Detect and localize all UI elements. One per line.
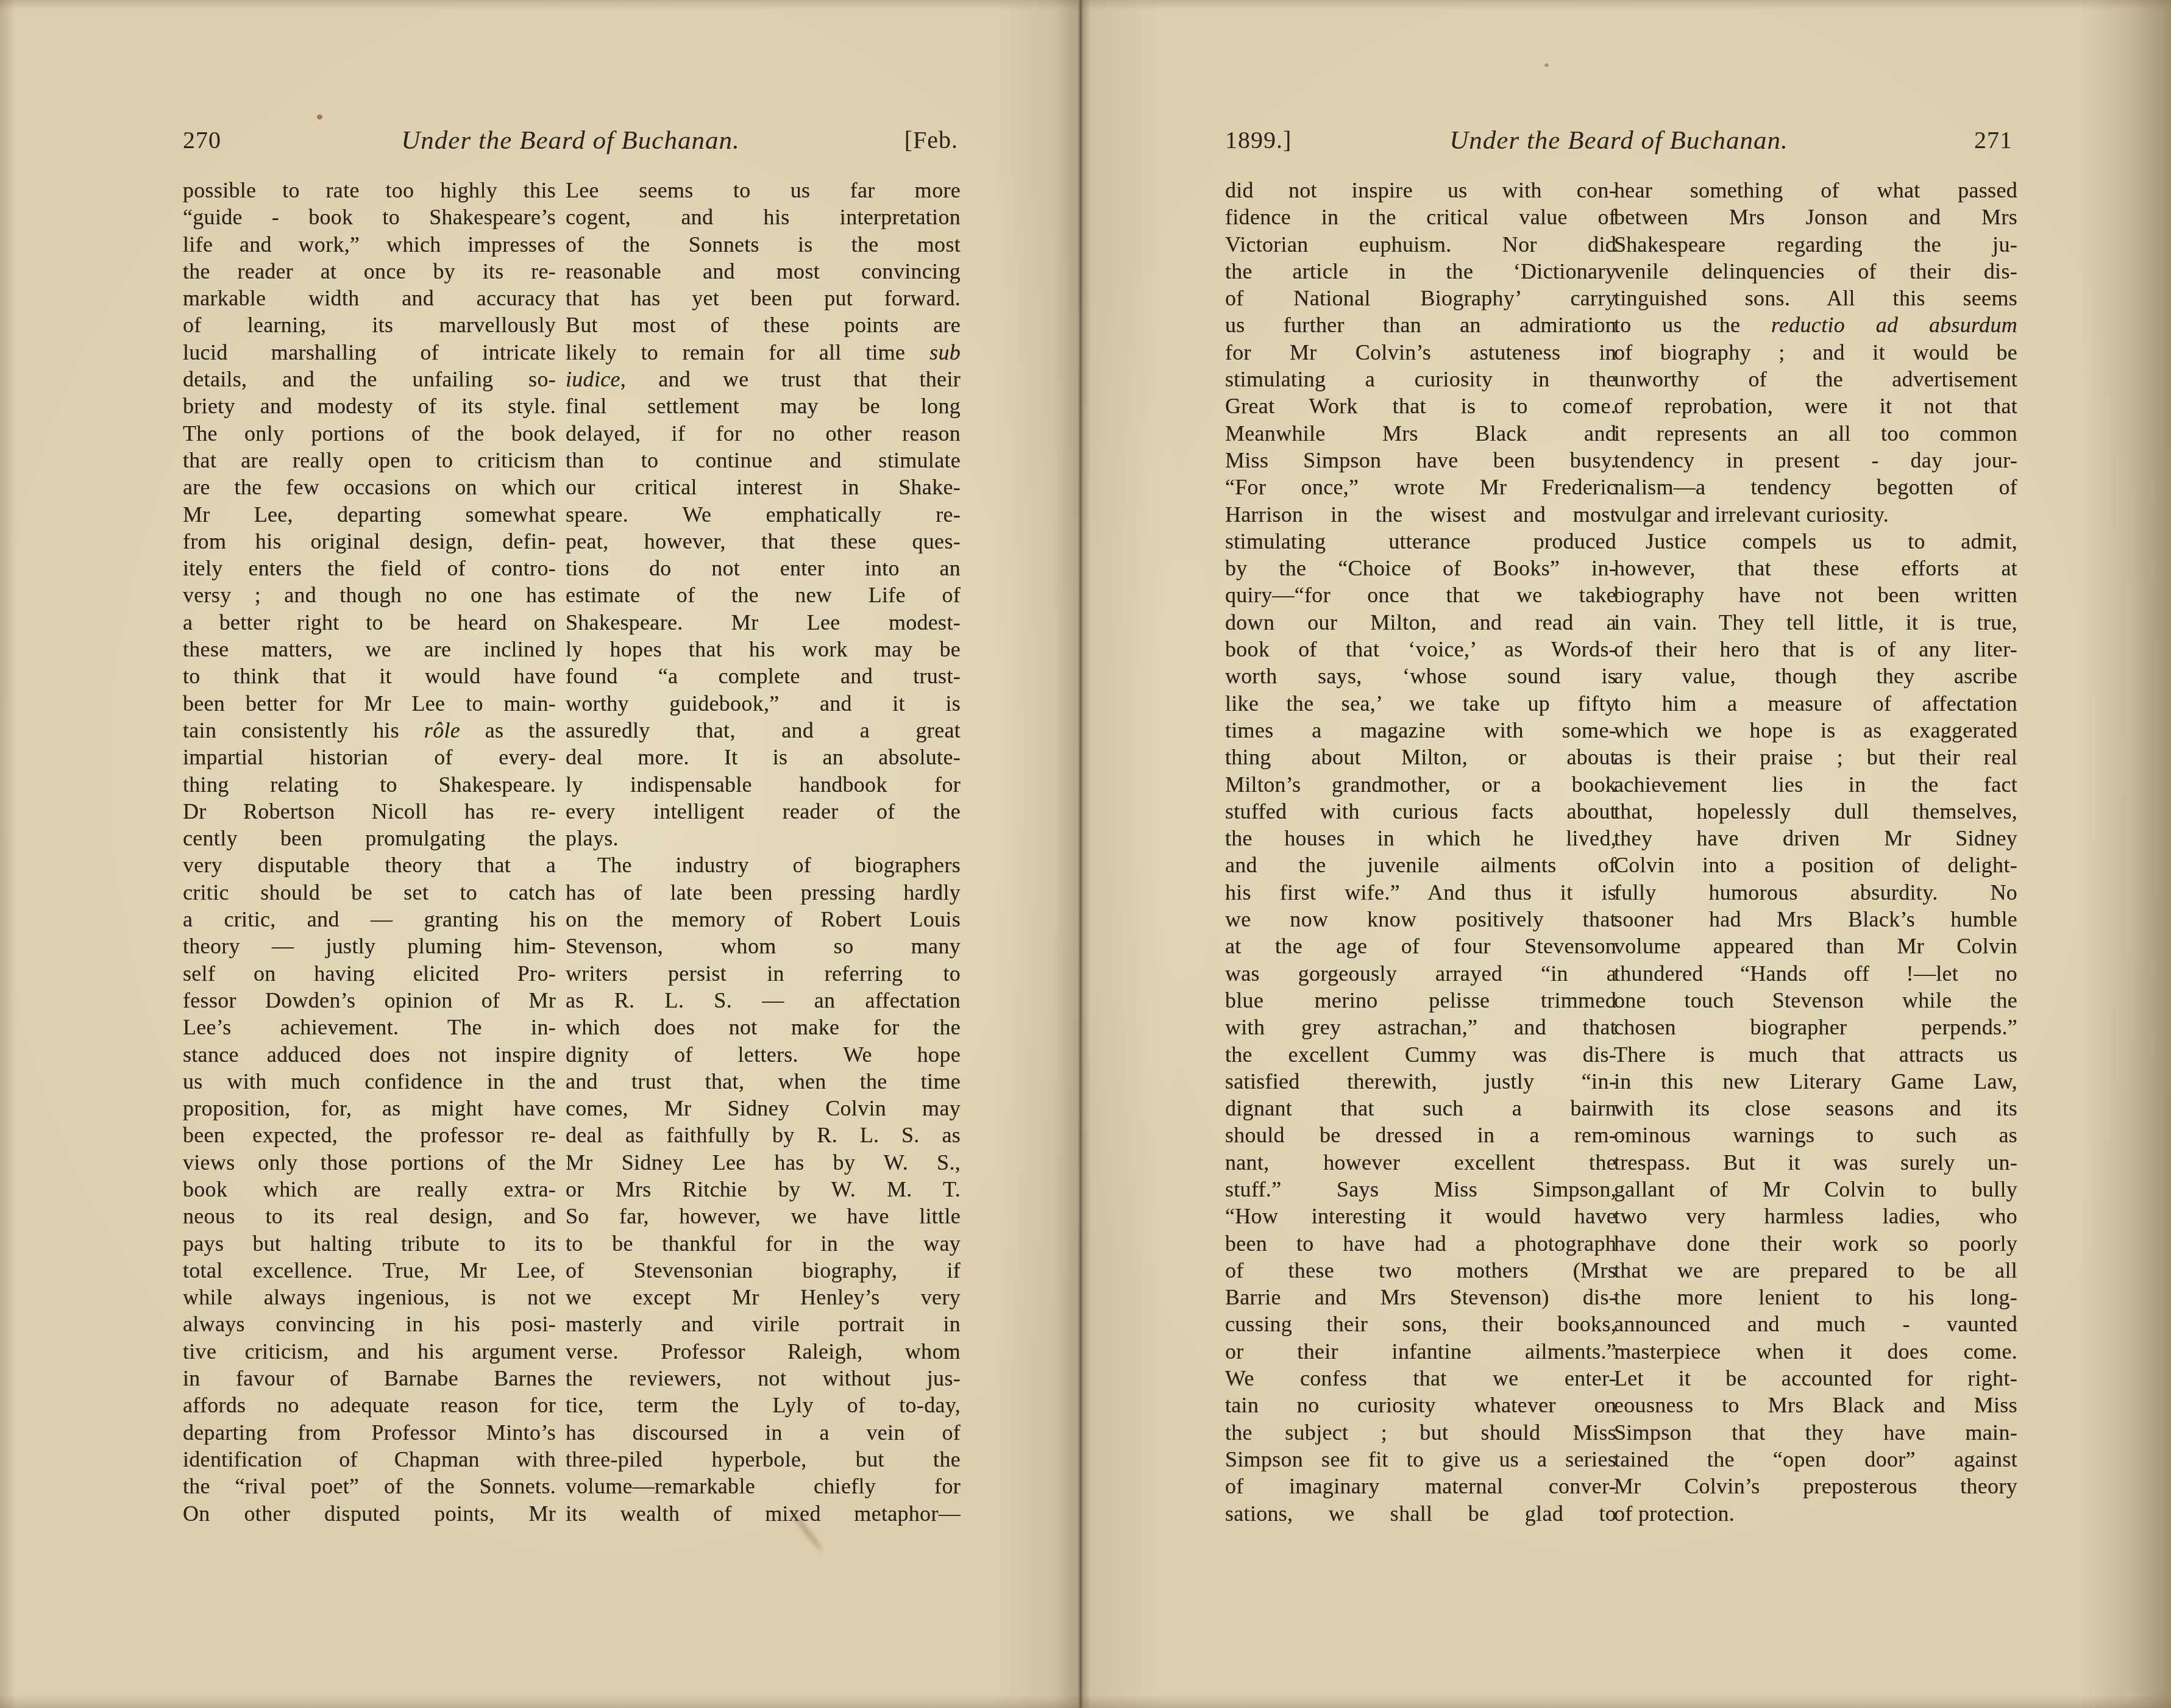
text-line: of imaginary maternal conver-	[1225, 1473, 1616, 1500]
text-line: should be dressed in a rem-	[1225, 1122, 1616, 1148]
text-line: the excellent Cummy was dis-	[1225, 1041, 1616, 1068]
text-line: iudice, and we trust that their	[566, 366, 961, 393]
text-line: peat, however, that these ques-	[566, 528, 961, 555]
text-line: details, and the unfailing so-	[183, 366, 556, 393]
text-line: impartial historian of every-	[183, 744, 556, 770]
text-line: lucid marshalling of intricate	[183, 339, 556, 366]
text-line: to him a measure of affectation	[1614, 690, 2017, 717]
text-line: deal as faithfully by R. L. S. as	[566, 1122, 961, 1148]
text-line: two very harmless ladies, who	[1614, 1203, 2017, 1229]
page-edge-top-shadow	[0, 0, 2171, 10]
text-line: versy ; and though no one has	[183, 582, 556, 608]
text-line: or their infantine ailments.”	[1225, 1338, 1616, 1365]
text-line: tinguished sons. All this seems	[1614, 285, 2017, 311]
left-page-column-2: Lee seems to us far morecogent, and his …	[566, 177, 961, 1527]
text-line: theory — justly pluming him-	[183, 933, 556, 959]
text-line: and trust that, when the time	[566, 1068, 961, 1095]
text-line: plays.	[566, 825, 961, 852]
text-line: nalism—a tendency begotten of	[1614, 474, 2017, 500]
text-line: There is much that attracts us	[1614, 1041, 2017, 1068]
right-running-title: Under the Beard of Buchanan.	[1225, 126, 2013, 155]
text-line: are the few occasions on which	[183, 474, 556, 500]
text-line: sooner had Mrs Black’s humble	[1614, 906, 2017, 933]
text-line: We confess that we enter-	[1225, 1365, 1616, 1392]
text-line: likely to remain for all time sub	[566, 339, 961, 366]
text-line: departing from Professor Minto’s	[183, 1419, 556, 1446]
text-line: fidence in the critical value of	[1225, 204, 1616, 230]
text-line: Justice compels us to admit,	[1614, 528, 2017, 555]
text-line: have done their work so poorly	[1614, 1230, 2017, 1257]
text-line: briety and modesty of its style.	[183, 393, 556, 419]
text-line: as is their praise ; but their real	[1614, 744, 2017, 770]
text-line: has discoursed in a vein of	[566, 1419, 961, 1446]
text-line: “How interesting it would have	[1225, 1203, 1616, 1229]
text-line: that we are prepared to be all	[1614, 1257, 2017, 1284]
text-line: while always ingenious, is not	[183, 1284, 556, 1311]
text-line: a better right to be heard on	[183, 609, 556, 636]
text-line: Milton’s grandmother, or a book	[1225, 771, 1616, 798]
text-line: Miss Simpson have been busy.	[1225, 447, 1616, 474]
text-line: like the sea,’ we take up fifty	[1225, 690, 1616, 717]
left-running-title: Under the Beard of Buchanan.	[183, 126, 958, 155]
text-line: Simpson see fit to give us a series	[1225, 1446, 1616, 1473]
text-line: in vain. They tell little, it is true,	[1614, 609, 2017, 636]
text-line: tain no curiosity whatever on	[1225, 1392, 1616, 1418]
right-page-column-1: did not inspire us with con-fidence in t…	[1225, 177, 1616, 1527]
text-line: stimulating a curiosity in the	[1225, 366, 1616, 393]
text-line: of reprobation, were it not that	[1614, 393, 2017, 419]
text-line: final settlement may be long	[566, 393, 961, 419]
text-line: the reviewers, not without jus-	[566, 1365, 961, 1392]
text-line: or Mrs Ritchie by W. M. T.	[566, 1176, 961, 1203]
text-line: on the memory of Robert Louis	[566, 906, 961, 933]
text-line: always convincing in his posi-	[183, 1311, 556, 1337]
text-line: The industry of biographers	[566, 852, 961, 878]
text-line: us with much confidence in the	[183, 1068, 556, 1095]
text-line: which does not make for the	[566, 1014, 961, 1041]
text-line: neous to its real design, and	[183, 1203, 556, 1229]
text-line: however, that these efforts at	[1614, 555, 2017, 582]
text-line: they have driven Mr Sidney	[1614, 825, 2017, 852]
text-line: the houses in which he lived,	[1225, 825, 1616, 852]
text-line: deal more. It is an absolute-	[566, 744, 961, 770]
text-line: critic should be set to catch	[183, 879, 556, 906]
text-line: been better for Mr Lee to main-	[183, 690, 556, 717]
left-page-column-1: possible to rate too highly this“guide -…	[183, 177, 556, 1527]
text-line: pays but halting tribute to its	[183, 1230, 556, 1257]
text-line: to us the reductio ad absurdum	[1614, 311, 2017, 338]
page-edge-bottom-shadow	[0, 1695, 2171, 1708]
text-line: assuredly that, and a great	[566, 717, 961, 744]
text-line: chosen biographer perpends.”	[1614, 1014, 2017, 1041]
text-line: one touch Stevenson while the	[1614, 987, 2017, 1014]
text-line: down our Milton, and read a	[1225, 609, 1616, 636]
text-line: our critical interest in Shake-	[566, 474, 961, 500]
text-line: worth says, ‘whose sound is	[1225, 663, 1616, 689]
text-line: achievement lies in the fact	[1614, 771, 2017, 798]
text-line: Shakespeare regarding the ju-	[1614, 231, 2017, 258]
text-line: tained the “open door” against	[1614, 1446, 2017, 1473]
text-line: Shakespeare. Mr Lee modest-	[566, 609, 961, 636]
text-line: the article in the ‘Dictionary	[1225, 258, 1616, 285]
text-line: blue merino pelisse trimmed	[1225, 987, 1616, 1014]
right-date-label: 1899.]	[1225, 126, 1292, 154]
text-line: book which are really extra-	[183, 1176, 556, 1203]
text-line: So far, however, we have little	[566, 1203, 961, 1229]
text-line: Mr Colvin’s preposterous theory	[1614, 1473, 2017, 1500]
text-line: markable width and accuracy	[183, 285, 556, 311]
text-line: ly hopes that his work may be	[566, 636, 961, 663]
text-line: Harrison in the wisest and most	[1225, 501, 1616, 528]
text-line: volume appeared than Mr Colvin	[1614, 933, 2017, 959]
page-gutter-shadow	[993, 0, 1164, 1708]
text-line: times a magazine with some-	[1225, 717, 1616, 744]
text-line: dignant that such a bairn	[1225, 1095, 1616, 1122]
text-line: dignity of letters. We hope	[566, 1041, 961, 1068]
text-line: its wealth of mixed metaphor—	[566, 1500, 961, 1527]
text-line: which we hope is as exaggerated	[1614, 717, 2017, 744]
text-line: ominous warnings to such as	[1614, 1122, 2017, 1148]
text-line: these matters, we are inclined	[183, 636, 556, 663]
text-line: did not inspire us with con-	[1225, 177, 1616, 204]
page-edge-left-shadow	[0, 0, 16, 1708]
text-line: eousness to Mrs Black and Miss	[1614, 1392, 2017, 1418]
text-line: been expected, the professor re-	[183, 1122, 556, 1148]
text-line: tain consistently his rôle as the	[183, 717, 556, 744]
text-line: cogent, and his interpretation	[566, 204, 961, 230]
text-line: reasonable and most convincing	[566, 258, 961, 285]
text-line: verse. Professor Raleigh, whom	[566, 1338, 961, 1365]
page-gutter-crease	[1079, 0, 1082, 1708]
text-line: Lee’s achievement. The in-	[183, 1014, 556, 1041]
text-line: found “a complete and trust-	[566, 663, 961, 689]
text-line: at the age of four Stevenson	[1225, 933, 1616, 959]
text-line: But most of these points are	[566, 311, 961, 338]
text-line: Let it be accounted for right-	[1614, 1365, 2017, 1392]
text-line: On other disputed points, Mr	[183, 1500, 556, 1527]
text-line: been to have had a photograph	[1225, 1230, 1616, 1257]
text-line: Meanwhile Mrs Black and	[1225, 420, 1616, 447]
text-line: unworthy of the advertisement	[1614, 366, 2017, 393]
text-line: venile delinquencies of their dis-	[1614, 258, 2017, 285]
paper-speck	[1544, 63, 1549, 67]
text-line: from his original design, defin-	[183, 528, 556, 555]
text-line: of National Biography’ carry	[1225, 285, 1616, 311]
text-line: total excellence. True, Mr Lee,	[183, 1257, 556, 1284]
text-line: the subject ; but should Miss	[1225, 1419, 1616, 1446]
text-line: fully humorous absurdity. No	[1614, 879, 2017, 906]
text-line: tions do not enter into an	[566, 555, 961, 582]
text-line: Barrie and Mrs Stevenson) dis-	[1225, 1284, 1616, 1311]
text-line: between Mrs Jonson and Mrs	[1614, 204, 2017, 230]
text-line: of their hero that is of any liter-	[1614, 636, 2017, 663]
text-line: his first wife.” And thus it is	[1225, 879, 1616, 906]
text-line: the “rival poet” of the Sonnets.	[183, 1473, 556, 1500]
text-line: as R. L. S. — an affectation	[566, 987, 961, 1014]
paper-speck	[317, 115, 322, 119]
text-line: with grey astrachan,” and that	[1225, 1014, 1616, 1041]
text-line: writers persist in referring to	[566, 960, 961, 987]
page-edge-right-shadow	[2080, 0, 2171, 1708]
text-line: in this new Literary Game Law,	[1614, 1068, 2017, 1095]
left-date-label: [Feb.	[904, 126, 958, 154]
text-line: that has yet been put forward.	[566, 285, 961, 311]
right-page-header: 1899.] Under the Beard of Buchanan. 271	[1225, 126, 2013, 160]
text-line: cently been promulgating the	[183, 825, 556, 852]
text-line: Dr Robertson Nicoll has re-	[183, 798, 556, 825]
text-line: identification of Chapman with	[183, 1446, 556, 1473]
text-line: comes, Mr Sidney Colvin may	[566, 1095, 961, 1122]
text-line: a critic, and — granting his	[183, 906, 556, 933]
text-line: the more lenient to his long-	[1614, 1284, 2017, 1311]
text-line: every intelligent reader of the	[566, 798, 961, 825]
text-line: Mr Lee, departing somewhat	[183, 501, 556, 528]
text-line: views only those portions of the	[183, 1149, 556, 1176]
text-line: thing about Milton, or about	[1225, 744, 1616, 770]
text-line: Lee seems to us far more	[566, 177, 961, 204]
text-line: Stevenson, whom so many	[566, 933, 961, 959]
text-line: in favour of Barnabe Barnes	[183, 1365, 556, 1392]
text-line: delayed, if for no other reason	[566, 420, 961, 447]
text-line: ary value, though they ascribe	[1614, 663, 2017, 689]
text-line: proposition, for, as might have	[183, 1095, 556, 1122]
text-line: Great Work that is to come.	[1225, 393, 1616, 419]
text-line: to think that it would have	[183, 663, 556, 689]
text-line: worthy guidebook,” and it is	[566, 690, 961, 717]
text-line: and the juvenile ailments of	[1225, 852, 1616, 878]
text-line: Simpson that they have main-	[1614, 1419, 2017, 1446]
text-line: satisfied therewith, justly “in-	[1225, 1068, 1616, 1095]
text-line: by the “Choice of Books” in-	[1225, 555, 1616, 582]
text-line: “For once,” wrote Mr Frederic	[1225, 474, 1616, 500]
text-line: Colvin into a position of delight-	[1614, 852, 2017, 878]
left-page-number: 270	[183, 126, 221, 154]
text-line: we except Mr Henley’s very	[566, 1284, 961, 1311]
text-line: the reader at once by its re-	[183, 258, 556, 285]
text-line: that are really open to criticism	[183, 447, 556, 474]
text-line: life and work,” which impresses	[183, 231, 556, 258]
text-line: masterpiece when it does come.	[1614, 1338, 2017, 1365]
text-line: book of that ‘voice,’ as Words-	[1225, 636, 1616, 663]
text-line: The only portions of the book	[183, 420, 556, 447]
text-line: with its close seasons and its	[1614, 1095, 2017, 1122]
text-line: us further than an admiration	[1225, 311, 1616, 338]
text-line: has of late been pressing hardly	[566, 879, 961, 906]
text-line: of biography ; and it would be	[1614, 339, 2017, 366]
text-line: very disputable theory that a	[183, 852, 556, 878]
text-line: tendency in present - day jour-	[1614, 447, 2017, 474]
text-line: for Mr Colvin’s astuteness in	[1225, 339, 1616, 366]
text-line: to be thankful for in the way	[566, 1230, 961, 1257]
text-line: three-piled hyperbole, but the	[566, 1446, 961, 1473]
text-line: speare. We emphatically re-	[566, 501, 961, 528]
text-line: we now know positively that	[1225, 906, 1616, 933]
text-line: of learning, its marvellously	[183, 311, 556, 338]
text-line: of the Sonnets is the most	[566, 231, 961, 258]
text-line: of these two mothers (Mrs	[1225, 1257, 1616, 1284]
right-page-number: 271	[1974, 126, 2013, 154]
text-line: gallant of Mr Colvin to bully	[1614, 1176, 2017, 1203]
text-line: cussing their sons, their books,	[1225, 1311, 1616, 1337]
text-line: vulgar and irrelevant curiosity.	[1614, 501, 2017, 528]
text-line: Victorian euphuism. Nor did	[1225, 231, 1616, 258]
text-line: biography have not been written	[1614, 582, 2017, 608]
text-line: tice, term the Lyly of to-day,	[566, 1392, 961, 1418]
left-page-header: 270 Under the Beard of Buchanan. [Feb.	[183, 126, 958, 160]
text-line: volume—remarkable chiefly for	[566, 1473, 961, 1500]
text-line: Mr Sidney Lee has by W. S.,	[566, 1149, 961, 1176]
text-line: fessor Dowden’s opinion of Mr	[183, 987, 556, 1014]
text-line: of Stevensonian biography, if	[566, 1257, 961, 1284]
text-line: tive criticism, and his argument	[183, 1338, 556, 1365]
text-line: hear something of what passed	[1614, 177, 2017, 204]
text-line: itely enters the field of contro-	[183, 555, 556, 582]
text-line: thundered “Hands off !—let no	[1614, 960, 2017, 987]
text-line: was gorgeously arrayed “in a	[1225, 960, 1616, 987]
text-line: it represents an all too common	[1614, 420, 2017, 447]
text-line: stimulating utterance produced	[1225, 528, 1616, 555]
text-line: of protection.	[1614, 1500, 2017, 1527]
text-line: masterly and virile portrait in	[566, 1311, 961, 1337]
text-line: quiry—“for once that we take	[1225, 582, 1616, 608]
text-line: possible to rate too highly this	[183, 177, 556, 204]
text-line: than to continue and stimulate	[566, 447, 961, 474]
text-line: stuff.” Says Miss Simpson,	[1225, 1176, 1616, 1203]
text-line: announced and much - vaunted	[1614, 1311, 2017, 1337]
text-line: thing relating to Shakespeare.	[183, 771, 556, 798]
text-line: stance adduced does not inspire	[183, 1041, 556, 1068]
text-line: self on having elicited Pro-	[183, 960, 556, 987]
text-line: nant, however excellent the	[1225, 1149, 1616, 1176]
text-line: that, hopelessly dull themselves,	[1614, 798, 2017, 825]
text-line: ly indispensable handbook for	[566, 771, 961, 798]
text-line: “guide - book to Shakespeare’s	[183, 204, 556, 230]
text-line: trespass. But it was surely un-	[1614, 1149, 2017, 1176]
text-line: affords no adequate reason for	[183, 1392, 556, 1418]
text-line: estimate of the new Life of	[566, 582, 961, 608]
right-page-column-2: hear something of what passedbetween Mrs…	[1614, 177, 2017, 1527]
text-line: sations, we shall be glad to	[1225, 1500, 1616, 1527]
text-line: stuffed with curious facts about	[1225, 798, 1616, 825]
